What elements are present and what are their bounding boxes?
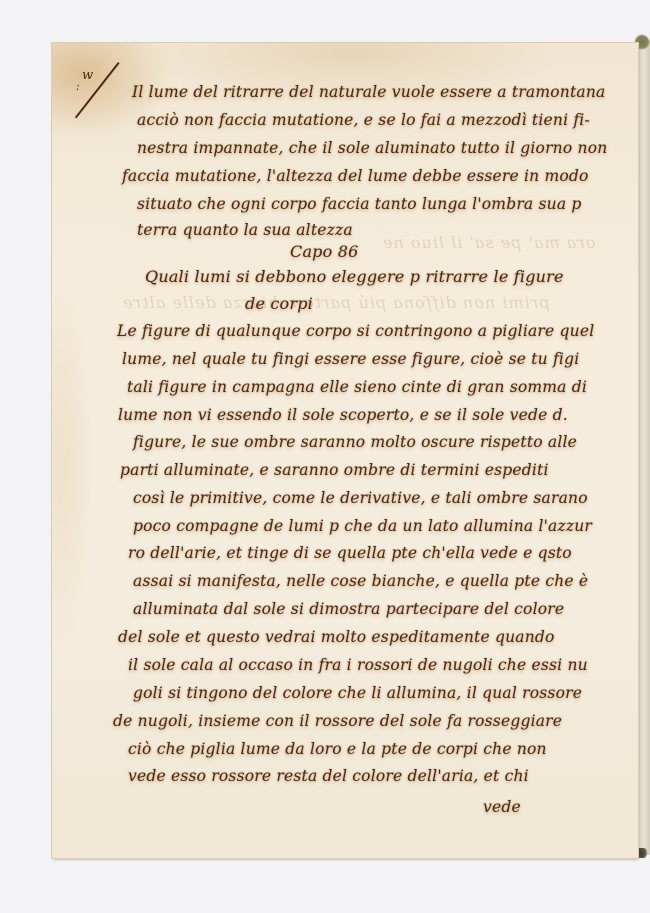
text-line: assai si manifesta, nelle cose bianche, … xyxy=(133,572,588,590)
text-line: poco compagne de lumi p che da un lato a… xyxy=(133,517,592,535)
text-line: nestra impannate, che il sole aluminato … xyxy=(137,139,607,157)
show-through-text: ora ma' pe sa' il liuo ne xyxy=(382,233,595,252)
text-line: così le primitive, come le derivative, e… xyxy=(133,489,588,507)
text-line: figure, le sue ombre saranno molto oscur… xyxy=(133,433,577,451)
text-line: Le figure di qualunque corpo si contring… xyxy=(117,322,594,340)
chapter-title: de corpi xyxy=(245,294,313,313)
margin-note: w xyxy=(82,68,93,83)
text-line: del sole et questo vedrai molto espedita… xyxy=(118,628,555,646)
text-line: lume, nel quale tu fingi essere esse fig… xyxy=(122,350,579,368)
book-binding-edge xyxy=(638,40,650,855)
catchword: vede xyxy=(483,798,521,816)
text-line: faccia mutatione, l'altezza del lume deb… xyxy=(122,167,589,185)
text-line: terra quanto la sua altezza xyxy=(137,221,353,239)
text-line: lume non vi essendo il sole scoperto, e … xyxy=(118,406,568,424)
text-line: tali figure in campagna elle sieno cinte… xyxy=(127,378,587,396)
text-line: vede esso rossore resta del colore dell'… xyxy=(128,767,529,785)
text-line: de nugoli, insieme con il rossore del so… xyxy=(113,712,562,730)
text-line: ro dell'arie, et tinge di se quella pte … xyxy=(128,544,572,562)
show-through-text: primi non diffona piú parte rchiarza del… xyxy=(122,293,550,312)
text-line: ciò che piglia lume da loro e la pte de … xyxy=(128,740,547,758)
text-line: acciò non faccia mutatione, e se lo fai … xyxy=(137,111,590,129)
margin-dots: : xyxy=(76,80,80,93)
text-line: parti alluminate, e saranno ombre di ter… xyxy=(120,461,549,479)
chapter-title: Quali lumi si debbono eleggere p ritrarr… xyxy=(145,267,564,286)
text-line: il sole cala al occaso in fra i rossori … xyxy=(128,656,588,674)
text-line: alluminata dal sole si dimostra partecip… xyxy=(133,600,564,618)
chapter-label: Capo 86 xyxy=(290,242,359,261)
text-line: situato che ogni corpo faccia tanto lung… xyxy=(137,195,582,213)
text-line: Il lume del ritrarre del naturale vuole … xyxy=(132,83,605,101)
text-line: goli si tingono del colore che li allumi… xyxy=(133,684,582,702)
